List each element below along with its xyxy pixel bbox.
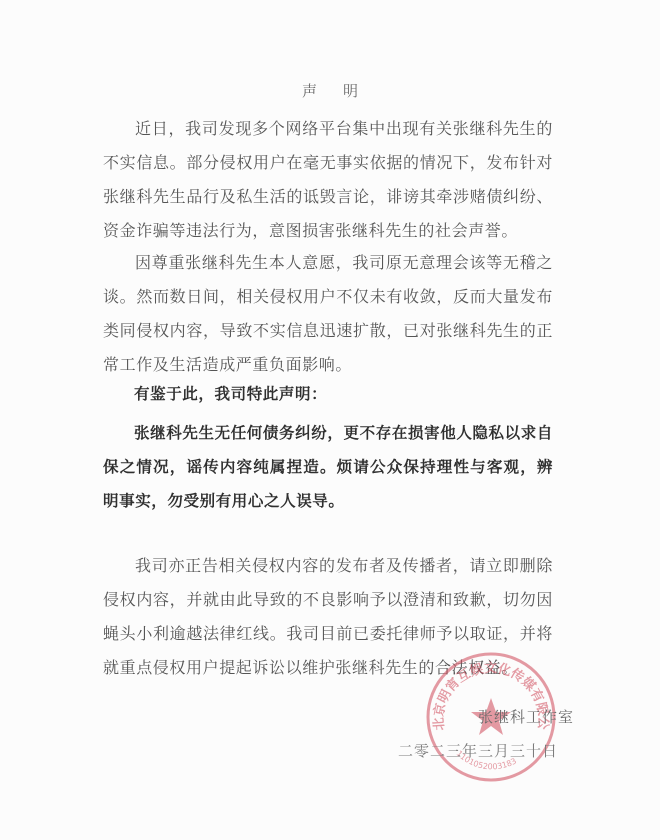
signature-date: 二零二三年三月三十日 xyxy=(398,740,558,761)
paragraph-2: 因尊重张继科先生本人意愿，我司原无意理会该等无稽之谈。然而数日间，相关侵权用户不… xyxy=(103,246,553,382)
paragraph-1: 近日，我司发现多个网络平台集中出现有关张继科先生的不实信息。部分侵权用户在毫无事… xyxy=(103,112,553,248)
paragraph-declaration-heading: 有鉴于此，我司特此声明： xyxy=(103,377,553,411)
paragraph-declaration: 张继科先生无任何债务纠纷，更不存在损害他人隐私以求自保之情况，谣传内容纯属捏造。… xyxy=(103,416,553,518)
document-page: 声明 近日，我司发现多个网络平台集中出现有关张继科先生的不实信息。部分侵权用户在… xyxy=(0,0,660,840)
document-title: 声明 xyxy=(0,80,660,101)
signature: 张继科工作室 xyxy=(478,706,574,727)
